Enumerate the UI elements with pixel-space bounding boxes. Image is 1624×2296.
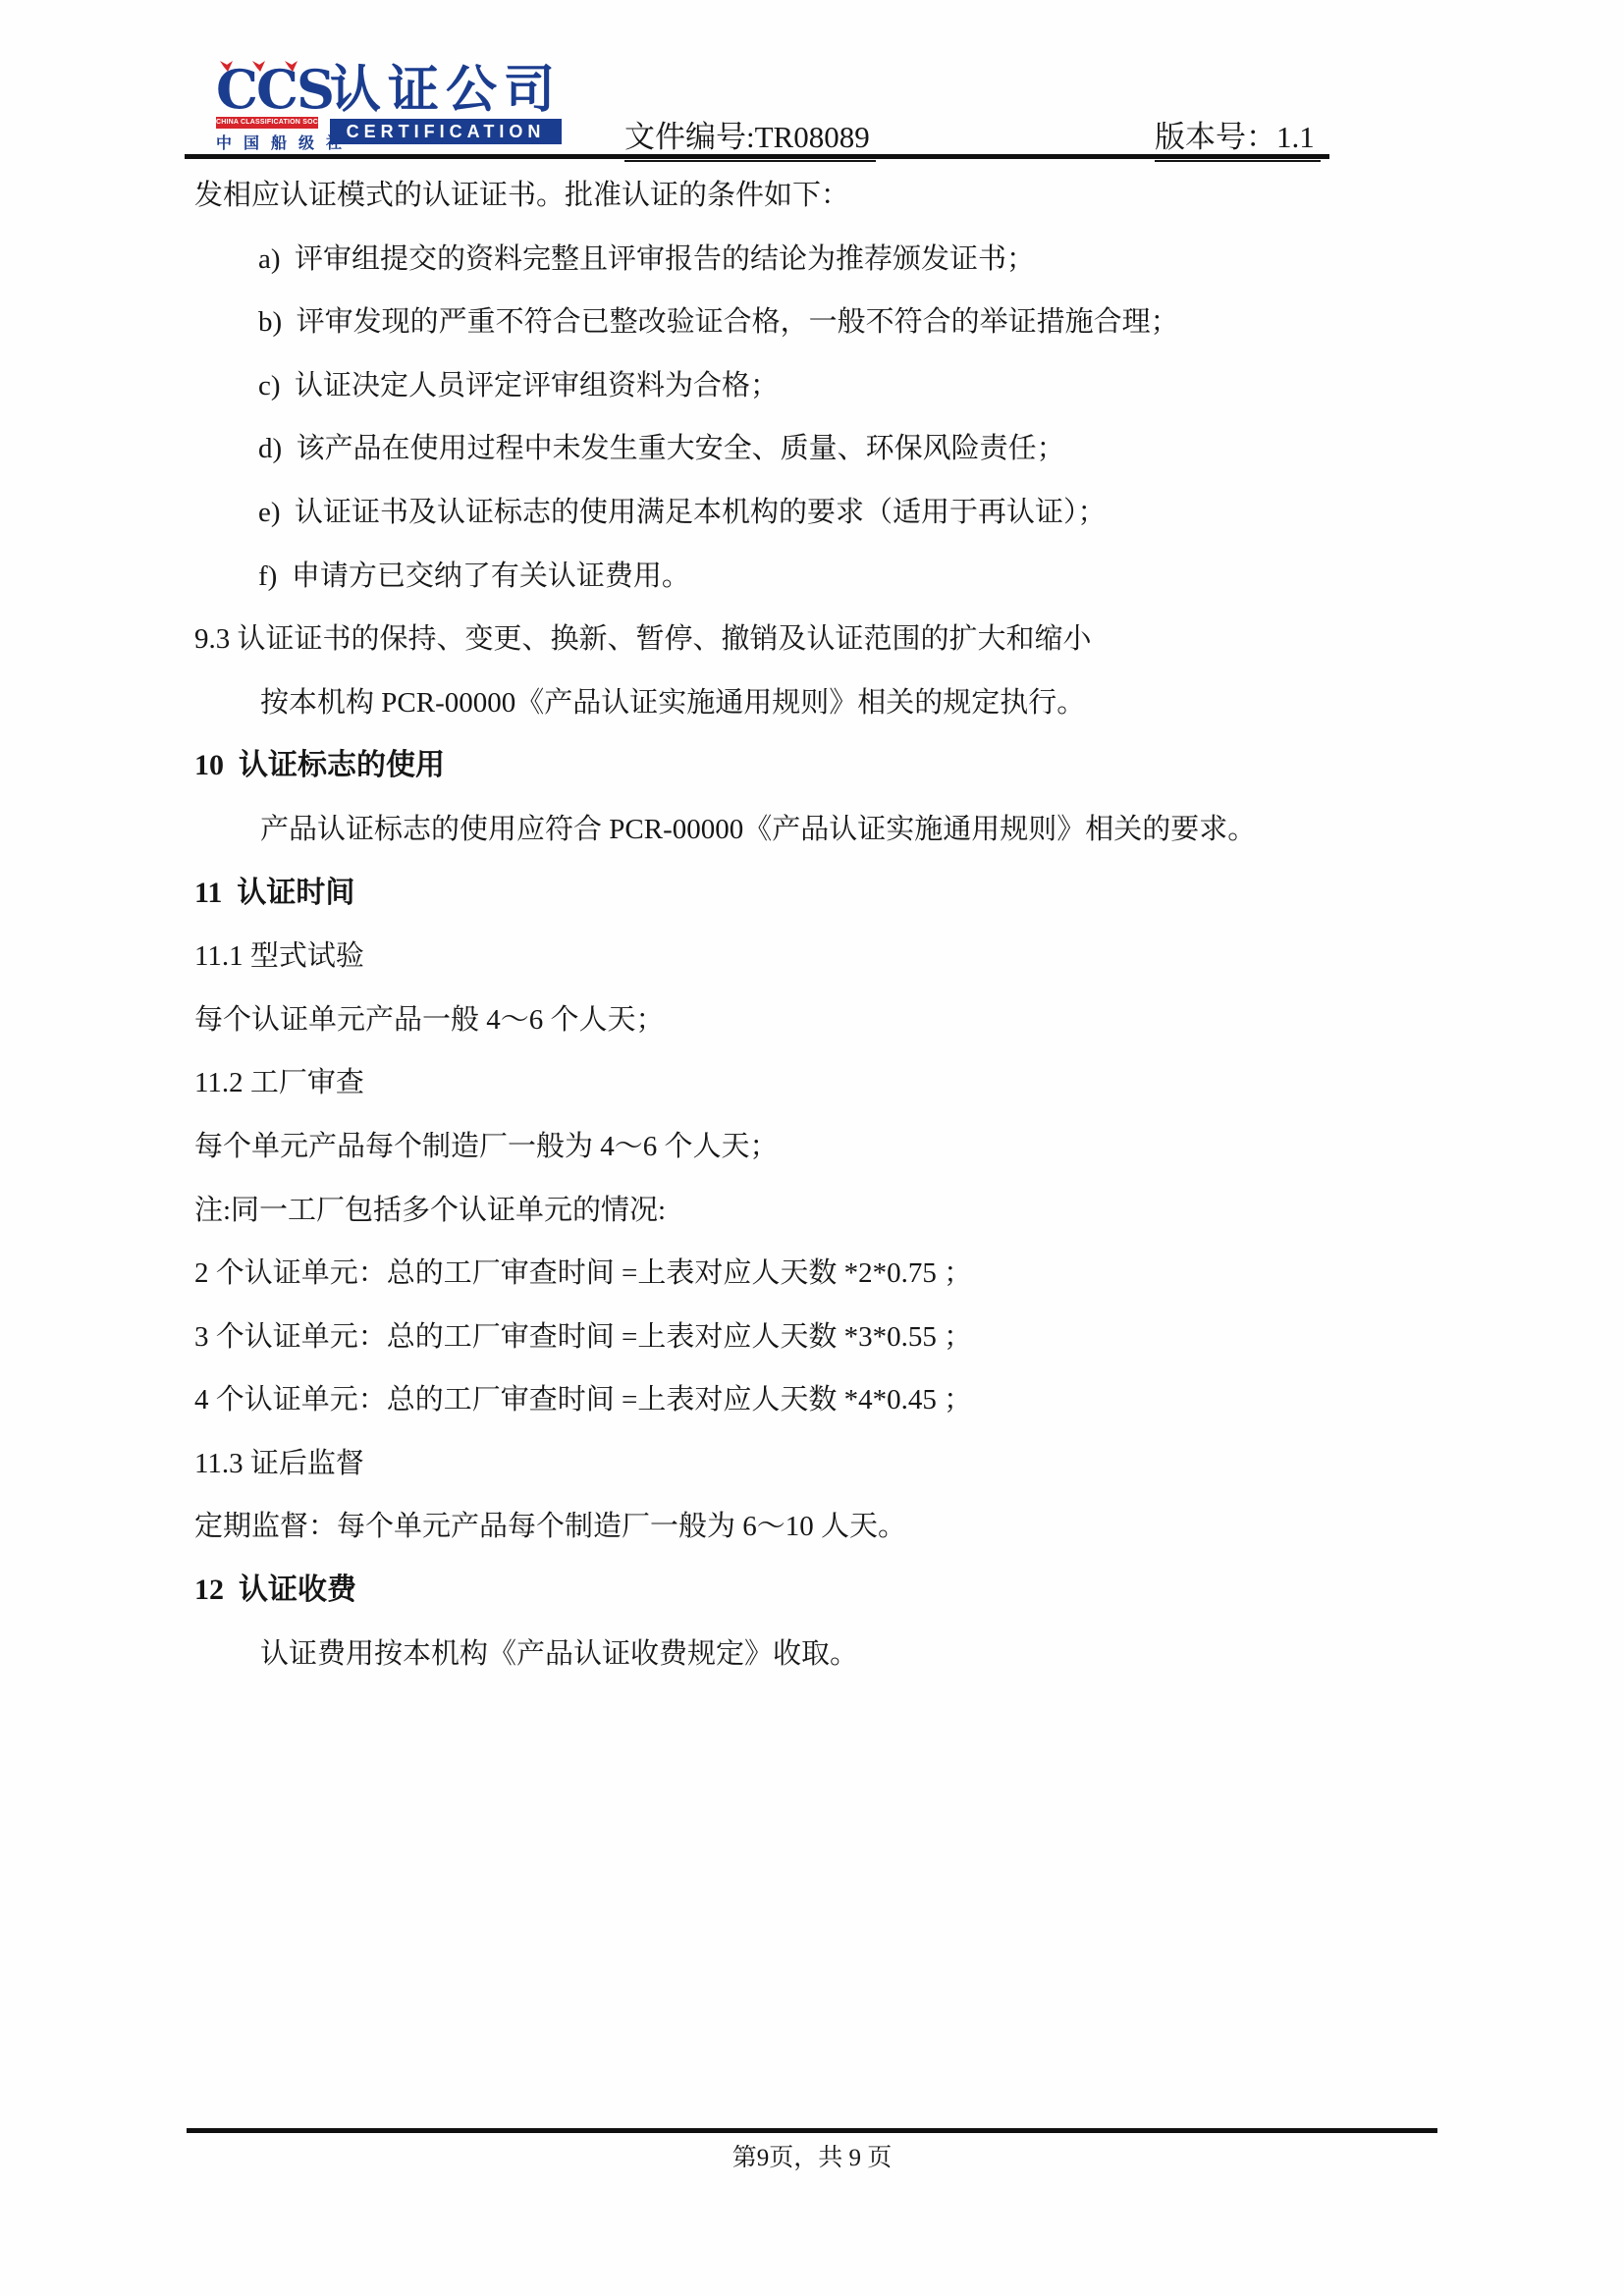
document-body: 发相应认证模式的认证证书。批准认证的条件如下： a) 评审组提交的资料完整且评审…	[0, 164, 1624, 1685]
calc-4-units: 4 个认证单元：总的工厂审查时间 =上表对应人天数 *4*0.45 ；	[194, 1368, 1624, 1432]
section-9-3: 9.3 认证证书的保持、变更、换新、暂停、撤销及认证范围的扩大和缩小	[194, 608, 1624, 671]
society-name-cn: 中 国 船 级 社	[216, 131, 318, 153]
note-11-2: 注:同一工厂包括多个认证单元的情况:	[194, 1179, 1624, 1243]
paragraph-11-1: 每个认证单元产品一般 4～6 个人天；	[194, 988, 1624, 1052]
version-value: 1.1	[1276, 120, 1315, 154]
ccs-logo-left: CCS CHINA CLASSIFICATION SOCIETY 中 国 船 级…	[216, 65, 318, 153]
version-label: 版本号：	[1155, 120, 1276, 154]
company-name-cn: 认证公司	[330, 65, 562, 116]
ccs-logo: CCS CHINA CLASSIFICATION SOCIETY 中 国 船 级…	[216, 65, 562, 153]
heading-11: 11 认证时间	[194, 862, 1624, 926]
page-number: 第9页，共 9 页	[0, 2140, 1624, 2177]
heading-11-1: 11.1 型式试验	[194, 925, 1624, 988]
heading-10: 10 认证标志的使用	[194, 734, 1624, 798]
paragraph-12: 认证费用按本机构《产品认证收费规定》收取。	[260, 1623, 1624, 1686]
intro-paragraph: 发相应认证模式的认证证书。批准认证的条件如下：	[194, 164, 1624, 228]
paragraph-11-3: 定期监督：每个单元产品每个制造厂一般为 6～10 人天。	[194, 1495, 1624, 1559]
paragraph-11-2: 每个单元产品每个制造厂一般为 4～6 个人天；	[194, 1115, 1624, 1179]
list-item-e: e) 认证证书及认证标志的使用满足本机构的要求（适用于再认证）；	[258, 481, 1624, 545]
calc-2-units: 2 个认证单元：总的工厂审查时间 =上表对应人天数 *2*0.75 ；	[194, 1242, 1624, 1306]
doc-number-label: 文件编号:	[624, 120, 755, 154]
heading-11-3: 11.3 证后监督	[194, 1432, 1624, 1496]
section-9-3-cont: 按本机构 PCR-00000《产品认证实施通用规则》相关的规定执行。	[260, 671, 1624, 735]
heading-11-2: 11.2 工厂审查	[194, 1051, 1624, 1115]
ccs-logo-right: 认证公司 CERTIFICATION	[330, 65, 562, 153]
list-item-d: d) 该产品在使用过程中未发生重大安全、质量、环保风险责任；	[258, 417, 1624, 481]
company-name-en: CERTIFICATION	[330, 119, 562, 144]
header-rule	[185, 154, 1329, 159]
list-item-f: f) 申请方已交纳了有关认证费用。	[258, 545, 1624, 609]
footer-rule	[187, 2128, 1437, 2133]
list-item-b: b) 评审发现的严重不符合已整改验证合格，一般不符合的举证措施合理；	[258, 291, 1624, 354]
heading-12: 12 认证收费	[194, 1559, 1624, 1623]
list-item-a: a) 评审组提交的资料完整且评审报告的结论为推荐颁发证书；	[258, 228, 1624, 292]
calc-3-units: 3 个认证单元：总的工厂审查时间 =上表对应人天数 *3*0.55 ；	[194, 1306, 1624, 1369]
list-item-c: c) 认证决定人员评定评审组资料为合格；	[258, 354, 1624, 418]
ccs-wordmark: CCS	[216, 65, 333, 114]
doc-number-value: TR08089	[755, 120, 870, 154]
document-page: CCS CHINA CLASSIFICATION SOCIETY 中 国 船 级…	[0, 0, 1624, 2296]
paragraph-10: 产品认证标志的使用应符合 PCR-00000《产品认证实施通用规则》相关的要求。	[260, 798, 1624, 862]
